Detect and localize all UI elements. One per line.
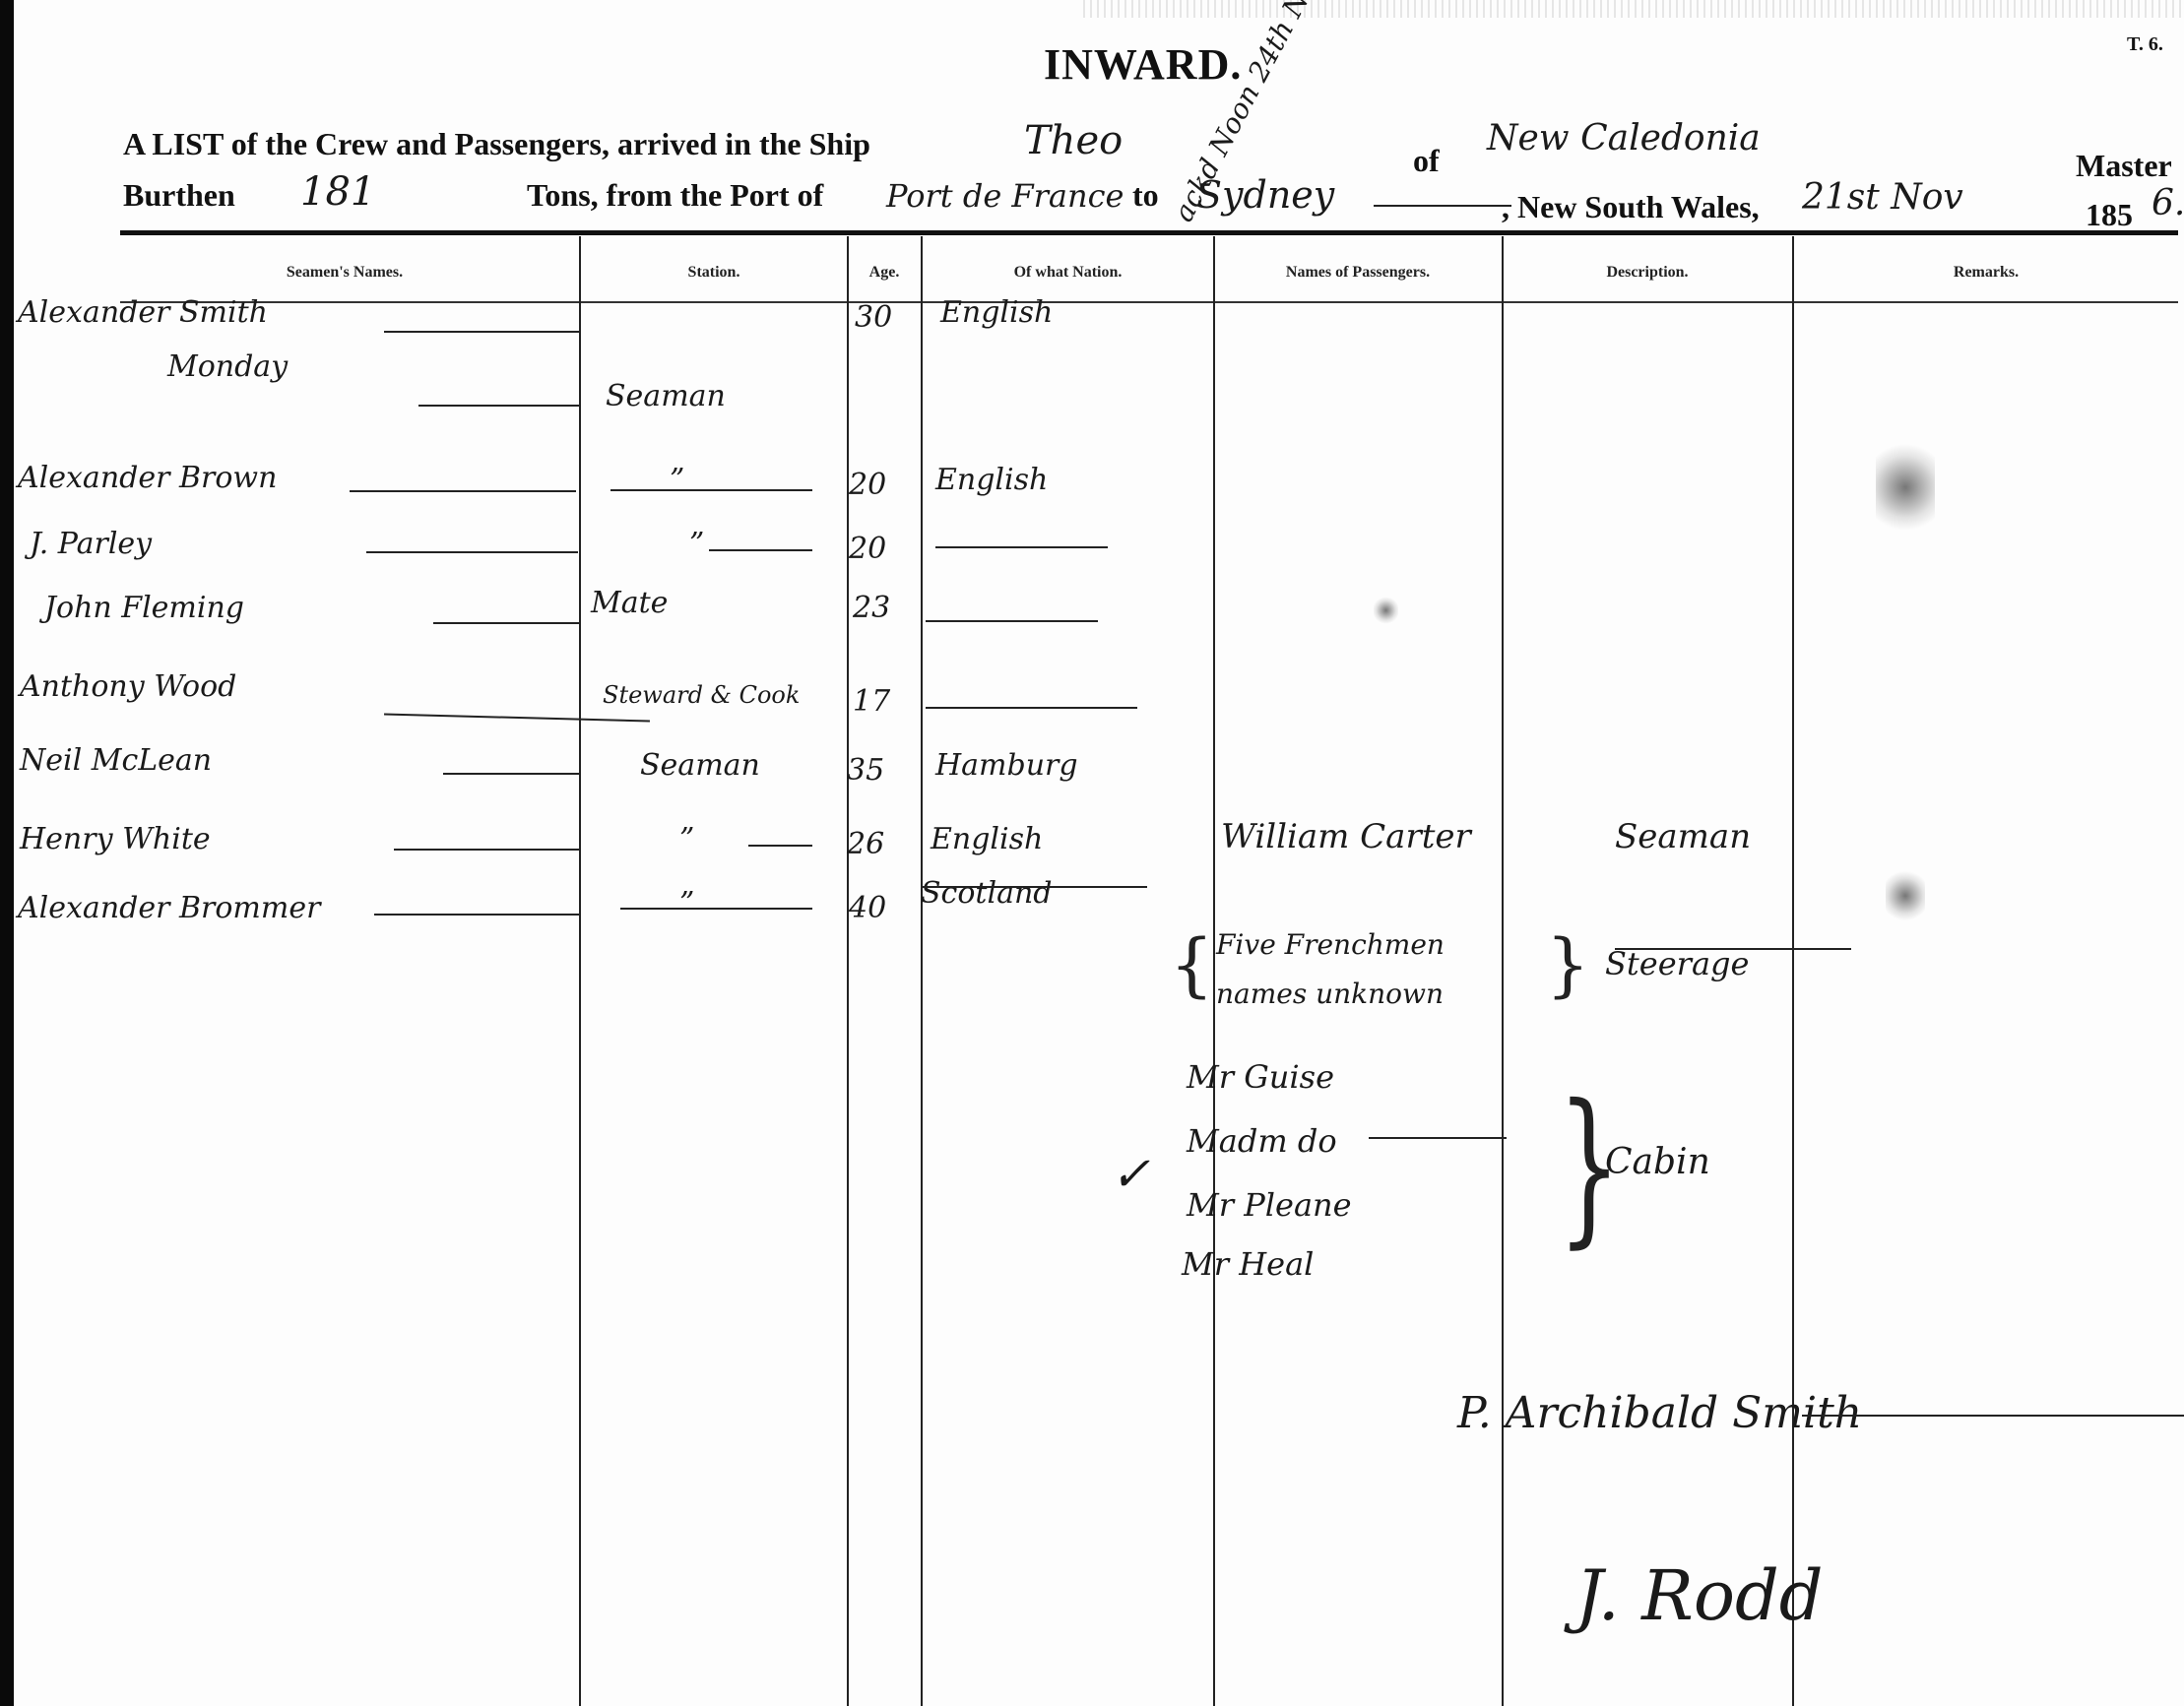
header-rule — [120, 230, 2178, 235]
fill-line — [926, 620, 1098, 622]
seaman-age: 20 — [849, 532, 886, 566]
col-description: Description. — [1504, 264, 1791, 282]
fill-line — [709, 549, 812, 551]
strike-line — [1615, 948, 1851, 950]
passenger-description: Steerage — [1605, 945, 1749, 982]
seaman-station: Steward & Cook — [603, 677, 809, 713]
manifest-page: INWARD. T. 6. ackd Noon 24th Nov 1856 A … — [0, 0, 2184, 1706]
seaman-station: ” — [679, 886, 694, 920]
fill-line — [926, 707, 1137, 709]
passenger-name: William Carter — [1221, 817, 1471, 856]
col-age: Age. — [849, 264, 920, 282]
seaman-station: ” — [689, 527, 704, 561]
seaman-station: ” — [679, 822, 694, 856]
seaman-name: Monday — [167, 349, 288, 384]
brace-right: } — [1546, 930, 1590, 999]
seaman-station: ” — [670, 463, 684, 497]
scan-edge — [0, 0, 14, 1706]
arrival-date: 21st Nov — [1802, 177, 1963, 218]
fill-line — [1369, 1137, 1507, 1139]
fill-line — [350, 490, 576, 492]
fill-line — [384, 713, 650, 722]
officer-signature: J. Rodd — [1575, 1555, 1824, 1636]
passenger-description: Cabin — [1605, 1142, 1710, 1182]
fill-line — [394, 849, 581, 851]
ship-of: New Caledonia — [1487, 118, 1761, 158]
passenger-name: Mr Pleane — [1187, 1186, 1352, 1224]
seaman-nation: Scotland — [921, 876, 1052, 911]
seaman-station: Seaman — [640, 748, 760, 783]
seaman-name: Alexander Brown — [18, 461, 277, 495]
scan-smudge — [1876, 433, 1935, 541]
col-passenger-names: Names of Passengers. — [1215, 264, 1501, 282]
seaman-nation: English — [940, 295, 1053, 330]
passenger-description: Seaman — [1615, 817, 1751, 856]
ship-name: Theo — [1024, 118, 1123, 163]
fill-line — [443, 773, 581, 775]
year-suffix: 6. — [2152, 183, 2184, 223]
year-prefix: 185 — [2086, 197, 2133, 233]
seaman-name: Henry White — [20, 822, 211, 856]
column-divider — [579, 236, 581, 1706]
burthen-value: 181 — [300, 169, 375, 215]
fill-line — [1374, 205, 1511, 207]
fill-line — [921, 886, 1147, 888]
col-seamen-names: Seamen's Names. — [197, 264, 492, 282]
seaman-nation: English — [931, 822, 1043, 856]
passenger-name: Mr Heal — [1182, 1245, 1314, 1283]
seaman-name: Alexander Brommer — [18, 891, 320, 925]
tons-label: Tons, from the Port of — [527, 177, 823, 214]
fill-line — [748, 845, 812, 847]
fill-line — [418, 405, 581, 407]
seaman-name: John Fleming — [44, 591, 244, 625]
passenger-name: Mr Guise — [1187, 1058, 1334, 1096]
form-code: T. 6. — [2127, 33, 2163, 56]
fill-line — [366, 551, 578, 553]
scan-smudge — [1374, 596, 1398, 625]
column-header-rule — [120, 301, 2178, 303]
passenger-name: Five Frenchmen names unknown — [1216, 920, 1502, 1019]
master-label: Master — [2076, 148, 2172, 184]
fill-line — [384, 331, 581, 333]
scan-noise — [1083, 0, 2184, 18]
fill-line — [433, 622, 579, 624]
column-divider — [847, 236, 849, 1706]
nsw-label: , New South Wales, — [1502, 189, 1760, 225]
to-label: to — [1132, 177, 1159, 214]
col-remarks: Remarks. — [1794, 264, 2178, 282]
fill-line — [610, 489, 812, 491]
check-mark: ✓ — [1111, 1147, 1150, 1202]
page-title: INWARD. — [1044, 39, 1242, 90]
seaman-station: Mate — [591, 586, 668, 620]
seaman-age: 20 — [849, 468, 886, 502]
brace-left: { — [1170, 930, 1214, 999]
seaman-name: Neil McLean — [20, 743, 212, 778]
list-heading: A LIST of the Crew and Passengers, arriv… — [123, 126, 870, 162]
column-divider — [1792, 236, 1794, 1706]
fill-line — [620, 908, 812, 910]
seaman-age: 26 — [847, 827, 884, 861]
fill-line — [935, 546, 1108, 548]
seaman-nation: Hamburg — [935, 748, 1078, 783]
seaman-age: 23 — [853, 591, 890, 625]
master-signature: P. Archibald Smith — [1457, 1388, 1862, 1438]
col-nation: Of what Nation. — [923, 264, 1213, 282]
of-label: of — [1413, 143, 1440, 179]
seaman-station: Seaman — [606, 379, 726, 413]
scan-smudge — [1886, 866, 1925, 925]
seaman-age: 30 — [855, 300, 892, 335]
seaman-age: 35 — [847, 753, 884, 788]
seaman-name: J. Parley — [30, 527, 152, 561]
passenger-name: Madm do — [1187, 1122, 1337, 1160]
signature-flourish — [1802, 1415, 2184, 1417]
seaman-age: 40 — [849, 891, 886, 925]
seaman-name: Alexander Smith — [18, 295, 268, 330]
seaman-age: 17 — [853, 684, 890, 719]
burthen-label: Burthen — [123, 177, 235, 214]
fill-line — [374, 914, 581, 916]
seaman-name: Anthony Wood — [20, 669, 236, 704]
from-port: Port de France — [886, 177, 1124, 215]
to-port: Sydney — [1196, 173, 1334, 217]
seaman-nation: English — [935, 463, 1048, 497]
column-divider — [1502, 236, 1504, 1706]
column-divider — [921, 236, 923, 1706]
col-station: Station. — [581, 264, 847, 282]
